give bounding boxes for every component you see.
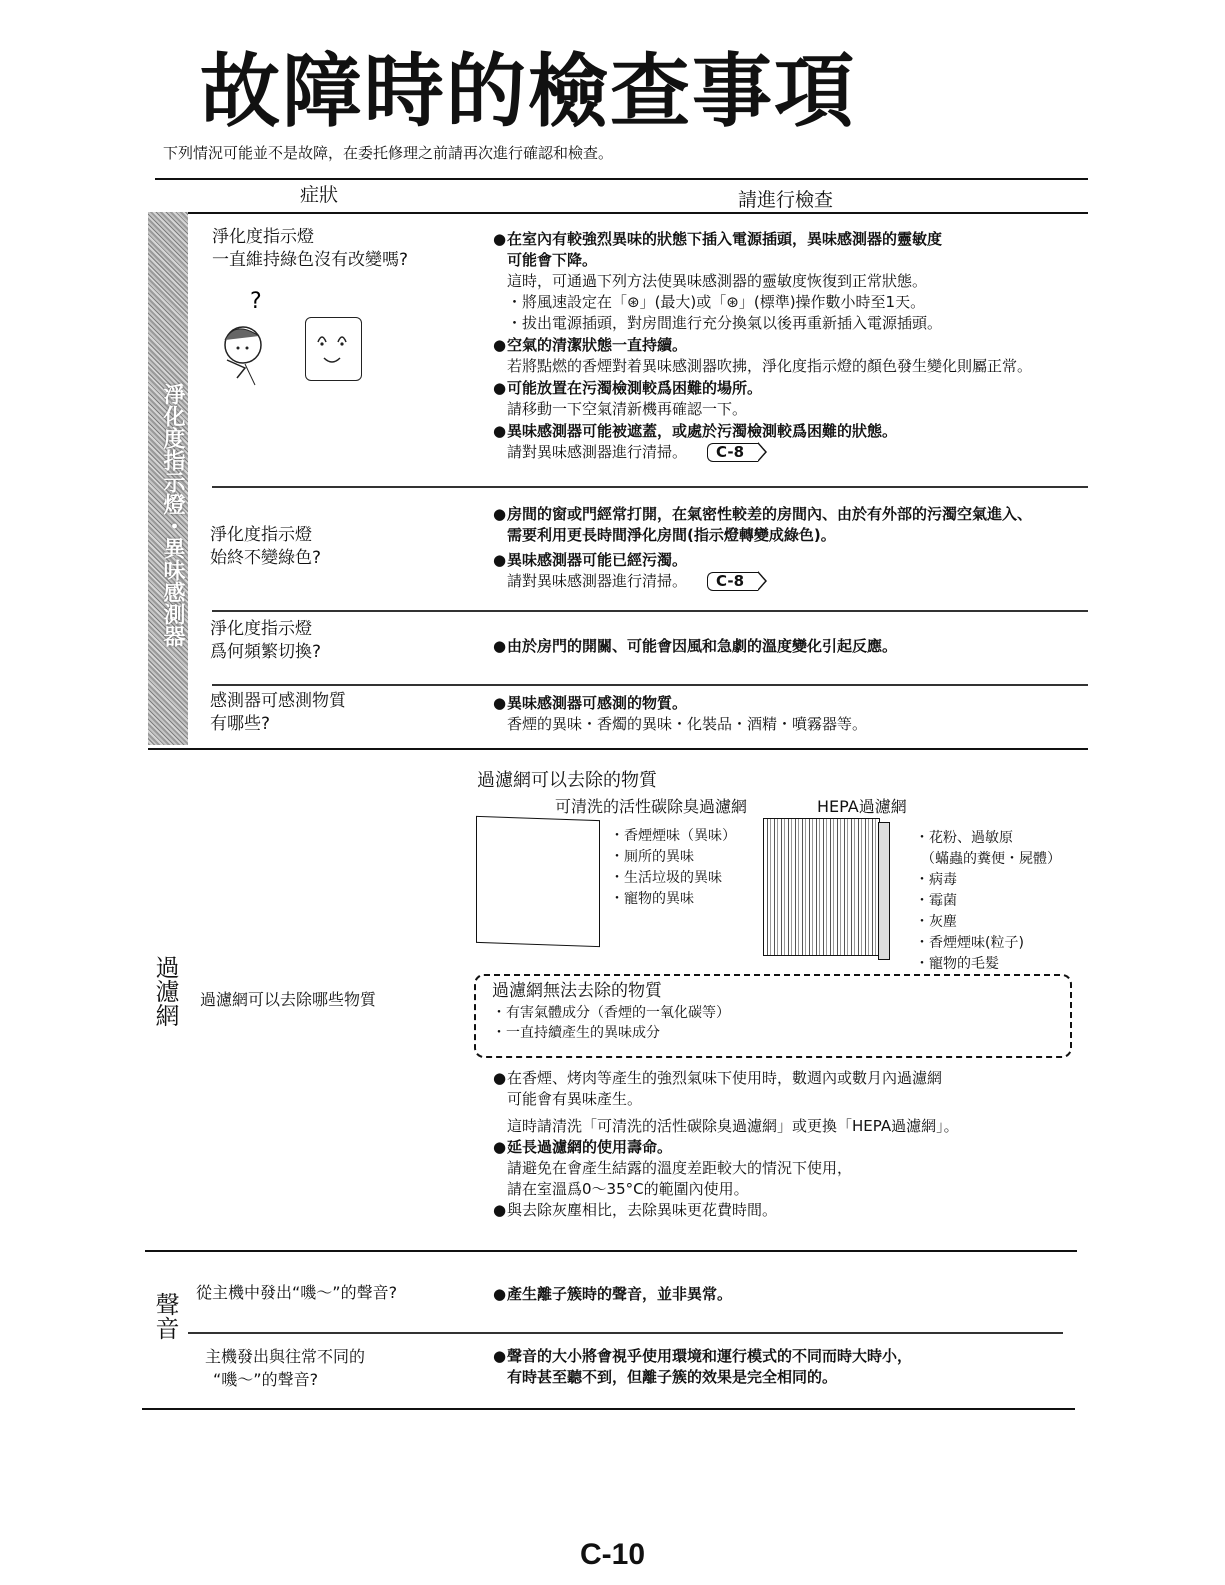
section-label-sensor: 淨化度指示燈・異味感測器 bbox=[150, 305, 186, 725]
divider bbox=[142, 1408, 1075, 1410]
column-header-symptom: 症狀 bbox=[300, 180, 338, 207]
check-list: ●產生離子簇時的聲音，並非異常。 bbox=[493, 1284, 732, 1305]
divider bbox=[155, 178, 1088, 180]
check-list: ●由於房門的開關、可能會因風和急劇的溫度變化引起反應。 bbox=[493, 636, 1093, 657]
divider bbox=[212, 684, 1088, 686]
page-subtitle: 下列情況可能並不是故障，在委托修理之前請再次進行確認和檢查。 bbox=[163, 142, 613, 163]
carbon-filter-illustration bbox=[476, 816, 600, 947]
smiley-icon bbox=[306, 318, 361, 380]
section-label-filter: 過濾網 bbox=[150, 955, 180, 1045]
removable-title: 過濾網可以去除的物質 bbox=[477, 766, 657, 792]
carbon-filter-name: 可清洗的活性碳除臭過濾網 bbox=[555, 794, 747, 817]
hepa-filter-list: ・花粉、過敏原 （蟎蟲的糞便・屍體） ・病毒 ・霉菌 ・灰塵 ・香煙煙味(粒子)… bbox=[915, 828, 1061, 975]
carbon-filter-list: ・香煙煙味（異味） ・厠所的異味 ・生活垃圾的異味 ・寵物的異味 bbox=[610, 826, 736, 910]
check-list: ●異味感測器可感測的物質。 香煙的異味・香燭的異味・化裝品・酒精・噴霧器等。 bbox=[493, 693, 1093, 735]
page-reference-link[interactable]: C-8 bbox=[707, 572, 758, 591]
divider bbox=[148, 748, 1088, 750]
symptom-text: 過濾網可以去除哪些物質 bbox=[200, 988, 376, 1011]
svg-text:?: ? bbox=[250, 290, 262, 314]
check-list: ●在室內有較強烈異味的狀態下插入電源插頭，異味感測器的靈敏度 可能會下降。 這時… bbox=[493, 229, 1103, 463]
symptom-text: 淨化度指示燈 始終不變綠色? bbox=[210, 524, 321, 570]
divider bbox=[188, 1332, 1063, 1334]
page-title: 故障時的檢查事項 bbox=[200, 52, 856, 132]
column-header-check: 請進行檢查 bbox=[738, 185, 833, 212]
hepa-filter-name: HEPA過濾網 bbox=[817, 794, 907, 817]
check-list: ●在香煙、烤肉等產生的強烈氣味下使用時，數週內或數月內過濾網 可能會有異味產生。… bbox=[493, 1068, 1093, 1221]
symptom-text: 主機發出與往常不同的 “嘰～”的聲音? bbox=[205, 1345, 365, 1391]
page-number: C-10 bbox=[580, 1538, 645, 1572]
thinking-person-icon: ? bbox=[215, 290, 275, 390]
divider bbox=[212, 486, 1088, 488]
check-list: ●房間的窗或門經常打開，在氣密性較差的房間內、由於有外部的污濁空氣進入、 需要利… bbox=[493, 504, 1123, 592]
check-list: ●聲音的大小將會視乎使用環境和運行模式的不同而時大時小， 有時甚至聽不到，但離子… bbox=[493, 1346, 1053, 1388]
non-removable-content: 過濾網無法去除的物質 ・有害氣體成分（香煙的一氧化碳等） ・一直持續產生的異味成… bbox=[492, 980, 730, 1043]
page-reference-link[interactable]: C-8 bbox=[707, 443, 758, 462]
symptom-text: 感測器可感測物質 有哪些? bbox=[210, 690, 346, 736]
divider bbox=[212, 610, 1088, 612]
symptom-text: 淨化度指示燈 一直維持綠色沒有改變嗎? bbox=[212, 226, 408, 272]
indicator-face-illustration bbox=[305, 317, 362, 381]
hepa-filter-illustration bbox=[763, 818, 880, 956]
divider bbox=[155, 212, 1088, 214]
section-label-sound: 聲音 bbox=[150, 1292, 180, 1352]
hepa-filter-edge bbox=[878, 822, 890, 960]
symptom-text: 淨化度指示燈 爲何頻繁切換? bbox=[210, 618, 321, 664]
divider bbox=[145, 1250, 1077, 1252]
person-illustration: ? bbox=[215, 290, 265, 380]
symptom-text: 從主機中發出“嘰～”的聲音? bbox=[196, 1281, 397, 1304]
